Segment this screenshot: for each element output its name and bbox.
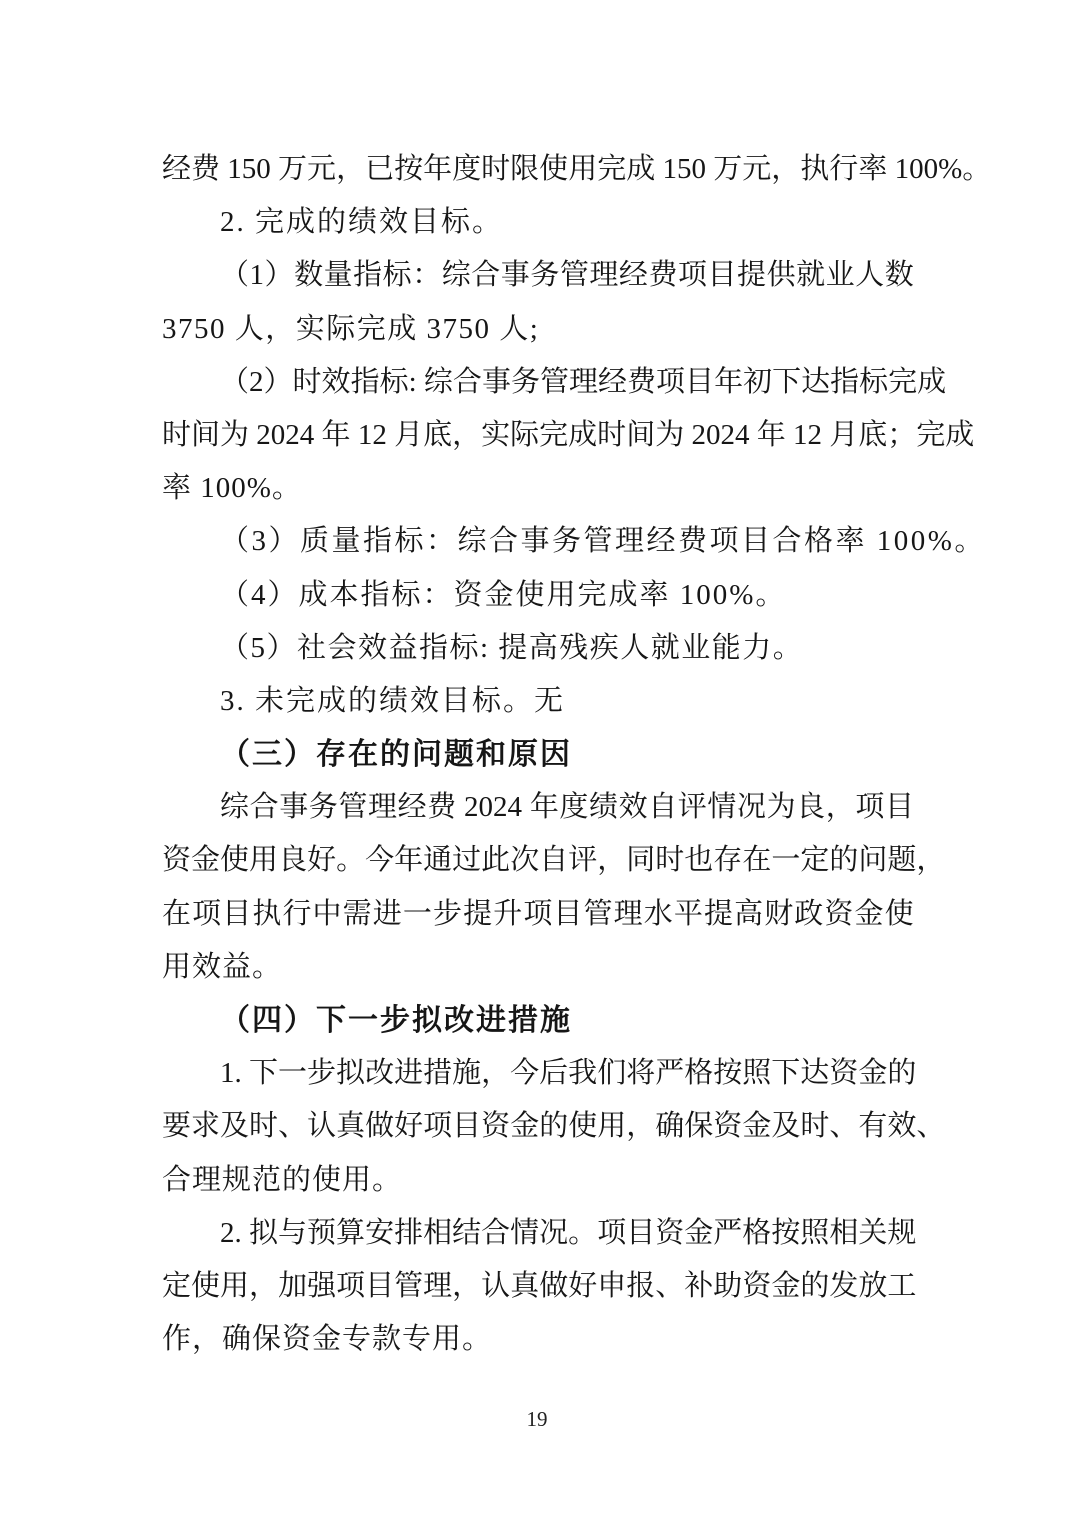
text-line: 综合事务管理经费 2024 年度绩效自评情况为良，项目 xyxy=(162,781,914,834)
text-line: 作，确保资金专款专用。 xyxy=(162,1313,914,1366)
text-line: 时间为 2024 年 12 月底，实际完成时间为 2024 年 12 月底；完成 xyxy=(162,409,914,462)
text-line: 定使用，加强项目管理，认真做好申报、补助资金的发放工 xyxy=(162,1260,914,1313)
text-line: 2. 完成的绩效目标。 xyxy=(162,196,914,249)
section-heading: （三）存在的问题和原因 xyxy=(162,728,914,781)
text-line: （4）成本指标：资金使用完成率 100%。 xyxy=(162,569,914,622)
text-line: 3750 人，实际完成 3750 人; xyxy=(162,303,914,356)
text-line: （2）时效指标: 综合事务管理经费项目年初下达指标完成 xyxy=(162,356,914,409)
text-line: 2. 拟与预算安排相结合情况。项目资金严格按照相关规 xyxy=(162,1207,914,1260)
text-line: 用效益。 xyxy=(162,941,914,994)
section-heading: （四）下一步拟改进措施 xyxy=(162,994,914,1047)
text-line: 合理规范的使用。 xyxy=(162,1154,914,1207)
text-line: （5）社会效益指标: 提高残疾人就业能力。 xyxy=(162,622,914,675)
text-line: 资金使用良好。今年通过此次自评，同时也存在一定的问题， xyxy=(162,834,914,887)
text-line: 3. 未完成的绩效目标。无 xyxy=(162,675,914,728)
text-line: （1）数量指标：综合事务管理经费项目提供就业人数 xyxy=(162,249,914,302)
page-number: 19 xyxy=(0,1405,1074,1433)
document-body: 经费 150 万元，已按年度时限使用完成 150 万元，执行率 100%。2. … xyxy=(162,143,914,1366)
document-page: 经费 150 万元，已按年度时限使用完成 150 万元，执行率 100%。2. … xyxy=(0,0,1074,1520)
text-line: （3）质量指标：综合事务管理经费项目合格率 100%。 xyxy=(162,515,914,568)
text-line: 在项目执行中需进一步提升项目管理水平提高财政资金使 xyxy=(162,888,914,941)
text-line: 要求及时、认真做好项目资金的使用，确保资金及时、有效、 xyxy=(162,1100,914,1153)
text-line: 经费 150 万元，已按年度时限使用完成 150 万元，执行率 100%。 xyxy=(162,143,914,196)
text-line: 率 100%。 xyxy=(162,462,914,515)
text-line: 1. 下一步拟改进措施，今后我们将严格按照下达资金的 xyxy=(162,1047,914,1100)
